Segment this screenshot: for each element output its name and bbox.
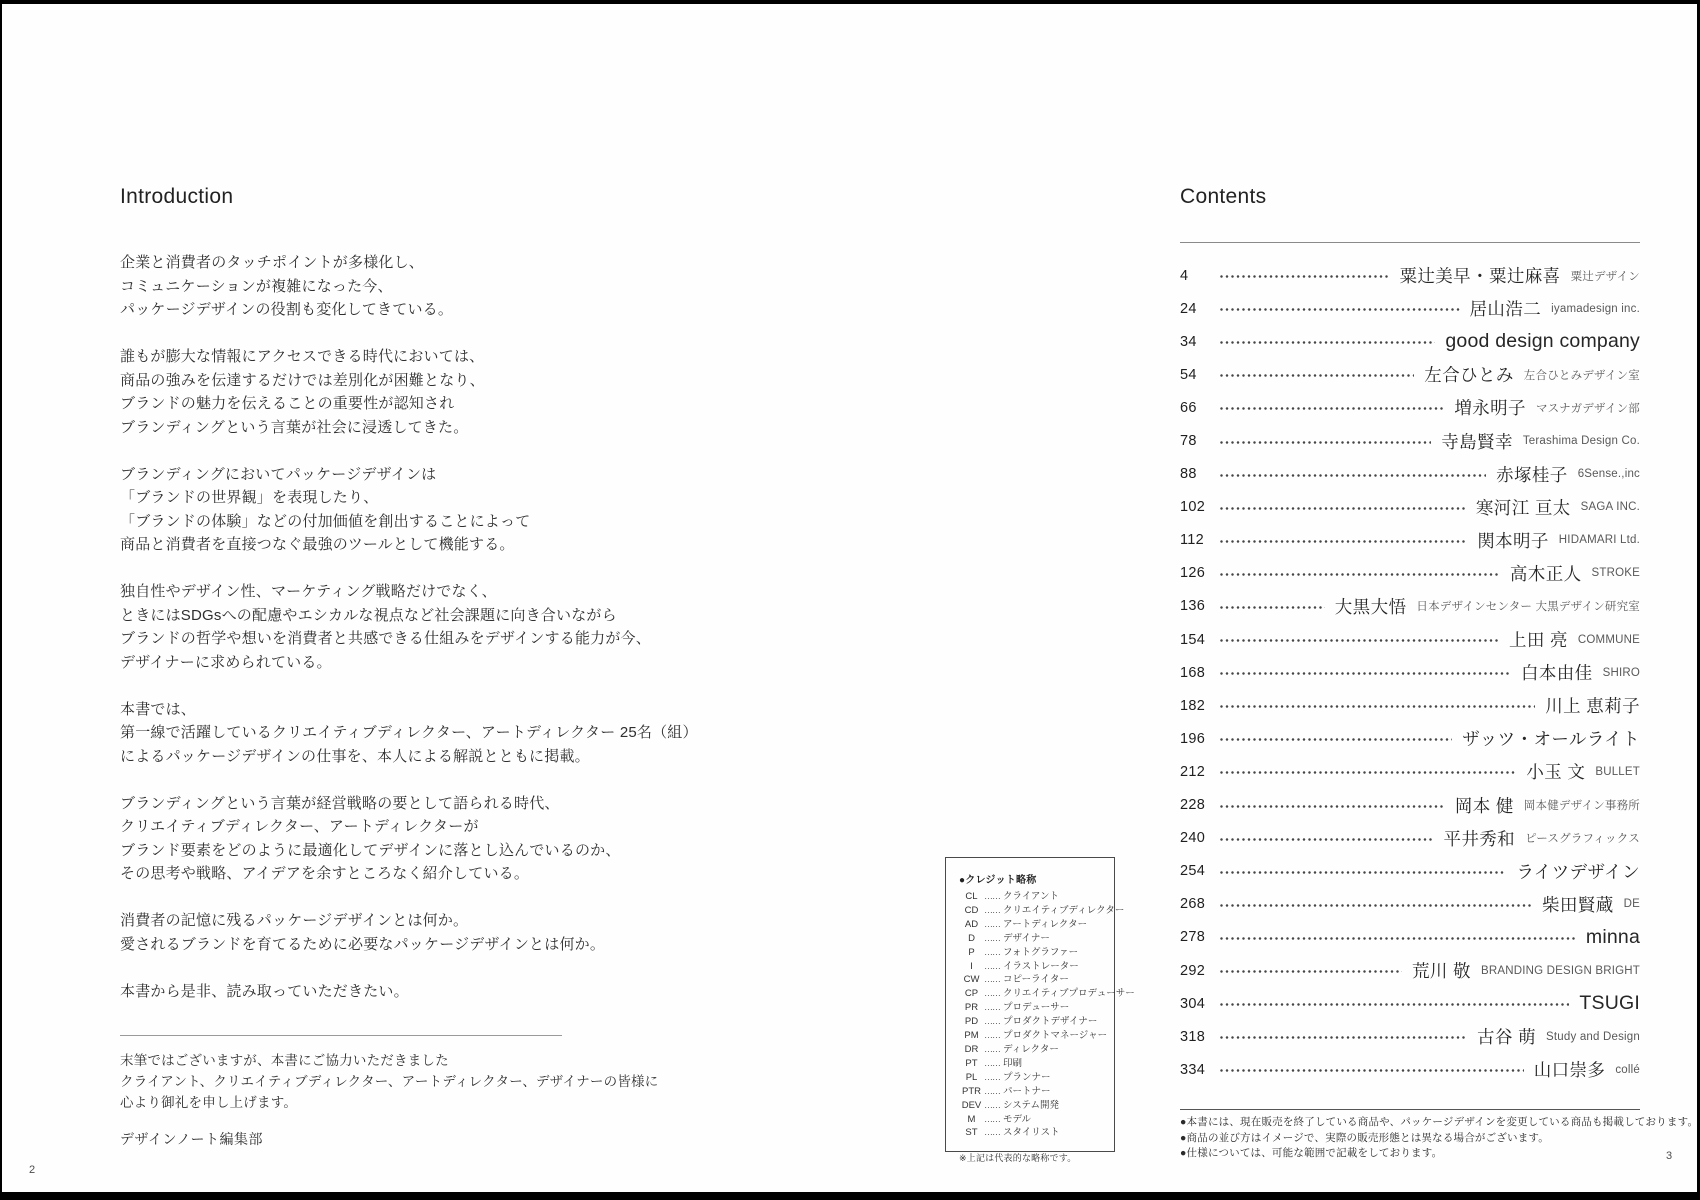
intro-line: コミュニケーションが複雑になった今、 [120, 275, 760, 299]
toc-designer-name: 粟辻美早・粟辻麻喜 [1399, 263, 1560, 288]
toc-entry: 228岡本 健岡本健デザイン事務所 [1180, 789, 1640, 822]
toc-page-number: 154 [1180, 632, 1212, 648]
contents-note-line: ●商品の並び方はイメージで、実際の販売形態とは異なる場合がございます。 [1180, 1131, 1650, 1147]
toc-leader-dots [1220, 1036, 1467, 1039]
toc-page-number: 292 [1180, 963, 1212, 979]
intro-paragraph: 誰もが膨大な情報にアクセスできる時代においては、商品の強みを伝達するだけでは差別… [120, 345, 760, 439]
toc-designer-name: 寒河江 亘太 [1476, 495, 1571, 520]
credit-code: ST [959, 1127, 984, 1140]
intro-line: 誰もが膨大な情報にアクセスできる時代においては、 [120, 345, 760, 369]
credit-term: イラストレーター [1003, 961, 1079, 974]
toc-leader-dots [1220, 805, 1445, 808]
credit-entry: CW……コピーライター [959, 973, 1106, 987]
toc-designer-name: good design company [1445, 330, 1640, 353]
contents-divider-top [1180, 242, 1640, 243]
toc-page-number: 240 [1180, 830, 1212, 846]
toc-affiliation: iyamadesign inc. [1551, 303, 1640, 315]
intro-line: 企業と消費者のタッチポイントが多様化し、 [120, 251, 760, 275]
credit-entry: PM……プロダクトマネージャー [959, 1029, 1106, 1043]
credit-entry: DR……ディレクター [959, 1043, 1106, 1057]
toc-entry: 168白本由佳SHIRO [1180, 656, 1640, 689]
credit-term: フォトグラファー [1003, 947, 1078, 960]
credit-code: CP [959, 988, 984, 1001]
toc-affiliation: STROKE [1592, 567, 1641, 579]
toc-entry: 304TSUGI [1180, 987, 1640, 1020]
credit-abbreviation-box: ●クレジット略称 CL……クライアントCD……クリエイティブディレクターAD……… [945, 857, 1115, 1152]
toc-page-number: 182 [1180, 698, 1212, 714]
toc-entry: 54左合ひとみ左合ひとみデザイン室 [1180, 358, 1640, 391]
toc-designer-name: 上田 亮 [1509, 627, 1568, 652]
toc-designer-name: 柴田賢蔵 [1542, 892, 1614, 917]
intro-line: 本書では、 [120, 698, 760, 722]
intro-body: 企業と消費者のタッチポイントが多様化し、コミュニケーションが複雑になった今、パッ… [120, 251, 760, 1003]
toc-page-number: 112 [1180, 532, 1212, 548]
intro-paragraph: ブランディングにおいてパッケージデザインは「ブランドの世界観」を表現したり、「ブ… [120, 463, 760, 557]
book-spread-frame: Introduction 企業と消費者のタッチポイントが多様化し、コミュニケーシ… [0, 0, 1700, 1200]
credit-term: クリエイティブプロデューサー [1003, 988, 1135, 1001]
intro-line: 商品と消費者を直接つなぐ最強のツールとして機能する。 [120, 533, 760, 557]
toc-page-number: 212 [1180, 764, 1212, 780]
credit-leader-dots: …… [984, 1015, 1000, 1028]
toc-leader-dots [1220, 1069, 1524, 1072]
toc-page-number: 318 [1180, 1029, 1212, 1045]
toc-designer-name: TSUGI [1579, 992, 1640, 1015]
toc-entry: 278minna [1180, 921, 1640, 954]
toc-entry: 268柴田賢蔵DE [1180, 888, 1640, 921]
credit-entry: PD……プロダクトデザイナー [959, 1015, 1106, 1029]
toc-page-number: 334 [1180, 1062, 1212, 1078]
closing-line: 心より御礼を申し上げます。 [120, 1092, 720, 1113]
intro-line: ブランドの哲学や想いを消費者と共感できる仕組みをデザインする能力が今、 [120, 627, 760, 651]
toc-affiliation: collé [1615, 1064, 1640, 1076]
toc-entry: 182川上 恵莉子 [1180, 689, 1640, 722]
credit-entry: CL……クライアント [959, 890, 1106, 904]
credit-term: コピーライター [1003, 974, 1069, 987]
intro-line: 第一線で活躍しているクリエイティブディレクター、アートディレクター 25名（組） [120, 721, 760, 745]
toc-designer-name: 赤塚桂子 [1496, 462, 1568, 487]
intro-line: ブランド要素をどのように最適化してデザインに落とし込んでいるのか、 [120, 839, 760, 863]
credit-term: ディレクター [1003, 1044, 1059, 1057]
credit-entry: P……フォトグラファー [959, 946, 1106, 960]
toc-entry: 66増永明子マスナガデザイン部 [1180, 391, 1640, 424]
intro-line: デザイナーに求められている。 [120, 651, 760, 675]
credit-leader-dots: …… [984, 904, 1000, 917]
credit-entry: M……モデル [959, 1113, 1106, 1127]
credit-code: CW [959, 974, 984, 987]
credit-term: プロダクトデザイナー [1003, 1016, 1097, 1029]
intro-line: ブランディングという言葉が社会に浸透してきた。 [120, 416, 760, 440]
intro-paragraph: 本書から是非、読み取っていただきたい。 [120, 980, 760, 1004]
toc-leader-dots [1220, 407, 1444, 410]
toc-leader-dots [1220, 904, 1532, 907]
toc-leader-dots [1220, 540, 1467, 543]
toc-entry: 102寒河江 亘太SAGA INC. [1180, 491, 1640, 524]
credit-code: AD [959, 919, 984, 932]
credit-entry: ST……スタイリスト [959, 1126, 1106, 1140]
credit-code: PM [959, 1030, 984, 1043]
toc-designer-name: 平井秀和 [1443, 826, 1515, 851]
toc-page-number: 254 [1180, 863, 1212, 879]
credit-code: DEV [959, 1100, 984, 1113]
intro-line: ブランディングという言葉が経営戦略の要として語られる時代、 [120, 792, 760, 816]
toc-entry: 334山口崇多collé [1180, 1053, 1640, 1086]
credit-code: M [959, 1114, 984, 1127]
credit-leader-dots: …… [984, 890, 1000, 903]
contents-note-line: ●仕様については、可能な範囲で記載をしております。 [1180, 1146, 1650, 1162]
contents-title: Contents [1180, 185, 1266, 209]
credit-entry: DEV……システム開発 [959, 1099, 1106, 1113]
toc-designer-name: 左合ひとみ [1424, 362, 1514, 387]
toc-entry: 240平井秀和ピースグラフィックス [1180, 822, 1640, 855]
intro-line: パッケージデザインの役割も変化してきている。 [120, 298, 760, 322]
credit-leader-dots: …… [984, 1099, 1000, 1112]
toc-leader-dots [1220, 474, 1486, 477]
credit-leader-dots: …… [984, 973, 1000, 986]
credit-term: スタイリスト [1003, 1127, 1060, 1140]
credit-leader-dots: …… [984, 960, 1000, 973]
credit-leader-dots: …… [984, 946, 1000, 959]
toc-designer-name: minna [1586, 926, 1640, 949]
credit-entry: PTR……パートナー [959, 1085, 1106, 1099]
credit-code: CL [959, 891, 984, 904]
intro-paragraph: ブランディングという言葉が経営戦略の要として語られる時代、クリエイティブディレク… [120, 792, 760, 886]
credit-entry: PR……プロデューサー [959, 1001, 1106, 1015]
toc-page-number: 88 [1180, 466, 1212, 482]
credit-leader-dots: …… [984, 1085, 1000, 1098]
toc-affiliation: BRANDING DESIGN BRIGHT [1481, 965, 1640, 977]
toc-affiliation: 粟辻デザイン [1571, 268, 1640, 284]
toc-entry: 88赤塚桂子6Sense.,inc [1180, 458, 1640, 491]
toc-page-number: 66 [1180, 400, 1212, 416]
toc-page-number: 304 [1180, 996, 1212, 1012]
credit-code: I [959, 961, 984, 974]
credit-leader-dots: …… [984, 1001, 1000, 1014]
contents-divider-bottom [1180, 1109, 1640, 1110]
closing-line: クライアント、クリエイティブディレクター、アートディレクター、デザイナーの皆様に [120, 1071, 720, 1092]
toc-leader-dots [1220, 573, 1500, 576]
credit-leader-dots: …… [984, 1126, 1000, 1139]
toc-affiliation: Study and Design [1546, 1031, 1640, 1043]
toc-entry: 254ライツデザイン [1180, 855, 1640, 888]
credit-code: PL [959, 1072, 984, 1085]
toc-page-number: 34 [1180, 334, 1212, 350]
toc-leader-dots [1220, 341, 1435, 344]
toc-leader-dots [1220, 738, 1452, 741]
intro-line: 「ブランドの体験」などの付加価値を創出することによって [120, 510, 760, 534]
page-number-right: 3 [1666, 1150, 1672, 1162]
credit-term: クリエイティブディレクター [1003, 905, 1124, 918]
toc-entry: 78寺島賢幸Terashima Design Co. [1180, 424, 1640, 457]
toc-designer-name: 川上 恵莉子 [1545, 693, 1640, 718]
toc-affiliation: 左合ひとみデザイン室 [1524, 367, 1640, 383]
credit-term: システム開発 [1003, 1100, 1059, 1113]
credit-box-note: ※上記は代表的な略称です。 [959, 1151, 1106, 1164]
toc-designer-name: 小玉 文 [1526, 759, 1585, 784]
toc-page-number: 168 [1180, 665, 1212, 681]
credit-code: CD [959, 905, 984, 918]
credit-code: PR [959, 1002, 984, 1015]
toc-leader-dots [1220, 507, 1466, 510]
intro-line: 消費者の記憶に残るパッケージデザインとは何か。 [120, 909, 760, 933]
credit-term: アートディレクター [1003, 919, 1087, 932]
toc-designer-name: 荒川 敬 [1412, 958, 1471, 983]
toc-entry: 4粟辻美早・粟辻麻喜粟辻デザイン [1180, 259, 1640, 292]
credit-leader-dots: …… [984, 918, 1000, 931]
credit-code: PTR [959, 1086, 984, 1099]
toc-entry: 212小玉 文BULLET [1180, 755, 1640, 788]
credit-leader-dots: …… [984, 1043, 1000, 1056]
toc-leader-dots [1220, 275, 1389, 278]
credit-code: DR [959, 1044, 984, 1057]
toc-designer-name: 寺島賢幸 [1441, 429, 1513, 454]
credit-list: CL……クライアントCD……クリエイティブディレクターAD……アートディレクター… [959, 890, 1106, 1140]
toc-page-number: 136 [1180, 598, 1212, 614]
intro-closing: 末筆ではございますが、本書にご協力いただきましたクライアント、クリエイティブディ… [120, 1050, 720, 1113]
toc-affiliation: SAGA INC. [1581, 501, 1640, 513]
toc-leader-dots [1220, 970, 1402, 973]
credit-code: PD [959, 1016, 984, 1029]
credit-term: モデル [1003, 1114, 1031, 1127]
intro-title: Introduction [120, 185, 233, 209]
contents-note-line: ●本書には、現在販売を終了している商品や、パッケージデザインを変更している商品も… [1180, 1115, 1650, 1131]
credit-code: PT [959, 1058, 984, 1071]
credit-entry: PL……プランナー [959, 1071, 1106, 1085]
editorial-signature: デザインノート編集部 [120, 1129, 263, 1149]
credit-term: デザイナー [1003, 933, 1050, 946]
toc-designer-name: 増永明子 [1454, 395, 1526, 420]
toc-affiliation: 日本デザインセンター 大黒デザイン研究室 [1416, 598, 1640, 614]
toc-leader-dots [1220, 639, 1499, 642]
toc-designer-name: 高木正人 [1510, 561, 1582, 586]
intro-paragraph: 企業と消費者のタッチポイントが多様化し、コミュニケーションが複雑になった今、パッ… [120, 251, 760, 322]
toc-designer-name: 大黒大悟 [1335, 594, 1407, 619]
toc-page-number: 268 [1180, 896, 1212, 912]
intro-paragraph: 独自性やデザイン性、マーケティング戦略だけでなく、ときにはSDGsへの配慮やエシ… [120, 580, 760, 674]
intro-divider [120, 1035, 562, 1036]
toc-affiliation: HIDAMARI Ltd. [1559, 534, 1640, 546]
toc-designer-name: 居山浩二 [1470, 296, 1542, 321]
toc-leader-dots [1220, 308, 1460, 311]
intro-paragraph: 本書では、第一線で活躍しているクリエイティブディレクター、アートディレクター 2… [120, 698, 760, 769]
credit-term: プランナー [1003, 1072, 1051, 1085]
credit-entry: CP……クリエイティブプロデューサー [959, 987, 1106, 1001]
toc-affiliation: 岡本健デザイン事務所 [1524, 797, 1640, 813]
toc-page-number: 126 [1180, 565, 1212, 581]
intro-line: ときにはSDGsへの配慮やエシカルな視点など社会課題に向き合いながら [120, 604, 760, 628]
toc-entry: 292荒川 敬BRANDING DESIGN BRIGHT [1180, 954, 1640, 987]
credit-entry: D……デザイナー [959, 932, 1106, 946]
credit-term: プロダクトマネージャー [1003, 1030, 1107, 1043]
toc-designer-name: ザッツ・オールライト [1462, 726, 1640, 751]
toc-designer-name: 岡本 健 [1455, 793, 1514, 818]
credit-leader-dots: …… [984, 1113, 1000, 1126]
credit-term: パートナー [1003, 1086, 1051, 1099]
toc-entry: 24居山浩二iyamadesign inc. [1180, 292, 1640, 325]
toc-designer-name: ライツデザイン [1516, 859, 1640, 884]
toc-page-number: 54 [1180, 367, 1212, 383]
intro-line: ブランディングにおいてパッケージデザインは [120, 463, 760, 487]
toc-affiliation: DE [1624, 898, 1640, 910]
credit-leader-dots: …… [984, 1071, 1000, 1084]
intro-line: クリエイティブディレクター、アートディレクターが [120, 815, 760, 839]
toc-entry: 136大黒大悟日本デザインセンター 大黒デザイン研究室 [1180, 590, 1640, 623]
toc-page-number: 78 [1180, 433, 1212, 449]
credit-entry: AD……アートディレクター [959, 918, 1106, 932]
toc-leader-dots [1220, 771, 1516, 774]
intro-paragraph: 消費者の記憶に残るパッケージデザインとは何か。愛されるブランドを育てるために必要… [120, 909, 760, 956]
toc-leader-dots [1220, 606, 1325, 609]
credit-entry: I……イラストレーター [959, 960, 1106, 974]
toc-leader-dots [1220, 838, 1433, 841]
intro-line: 本書から是非、読み取っていただきたい。 [120, 980, 760, 1004]
toc-leader-dots [1220, 1003, 1569, 1006]
toc-page-number: 102 [1180, 499, 1212, 515]
toc-leader-dots [1220, 374, 1414, 377]
toc-designer-name: 白本由佳 [1521, 660, 1593, 685]
credit-leader-dots: …… [984, 932, 1000, 945]
toc-affiliation: Terashima Design Co. [1523, 435, 1640, 447]
contents-list: 4粟辻美早・粟辻麻喜粟辻デザイン24居山浩二iyamadesign inc.34… [1180, 259, 1640, 1086]
toc-leader-dots [1220, 705, 1535, 708]
intro-line: 愛されるブランドを育てるために必要なパッケージデザインとは何か。 [120, 933, 760, 957]
intro-line: 独自性やデザイン性、マーケティング戦略だけでなく、 [120, 580, 760, 604]
toc-page-number: 24 [1180, 301, 1212, 317]
toc-leader-dots [1220, 937, 1576, 940]
toc-entry: 318古谷 萌Study and Design [1180, 1020, 1640, 1053]
toc-entry: 154上田 亮COMMUNE [1180, 623, 1640, 656]
credit-term: 印刷 [1003, 1058, 1022, 1071]
credit-entry: CD……クリエイティブディレクター [959, 904, 1106, 918]
toc-designer-name: 関本明子 [1477, 528, 1549, 553]
toc-page-number: 4 [1180, 268, 1212, 284]
intro-line: 商品の強みを伝達するだけでは差別化が困難となり、 [120, 369, 760, 393]
toc-leader-dots [1220, 672, 1511, 675]
toc-affiliation: COMMUNE [1578, 634, 1640, 646]
toc-affiliation: SHIRO [1603, 667, 1640, 679]
toc-page-number: 196 [1180, 731, 1212, 747]
closing-line: 末筆ではございますが、本書にご協力いただきました [120, 1050, 720, 1071]
toc-entry: 196ザッツ・オールライト [1180, 722, 1640, 755]
intro-line: によるパッケージデザインの仕事を、本人による解説とともに掲載。 [120, 745, 760, 769]
toc-affiliation: BULLET [1595, 766, 1640, 778]
page-number-left: 2 [29, 1164, 35, 1176]
contents-notes: ●本書には、現在販売を終了している商品や、パッケージデザインを変更している商品も… [1180, 1115, 1650, 1162]
credit-leader-dots: …… [984, 987, 1000, 1000]
toc-entry: 112関本明子HIDAMARI Ltd. [1180, 524, 1640, 557]
toc-affiliation: ピースグラフィックス [1525, 830, 1640, 846]
credit-entry: PT……印刷 [959, 1057, 1106, 1071]
toc-entry: 34good design company [1180, 325, 1640, 358]
toc-entry: 126高木正人STROKE [1180, 557, 1640, 590]
book-spread: Introduction 企業と消費者のタッチポイントが多様化し、コミュニケーシ… [2, 4, 1697, 1192]
credit-box-header: ●クレジット略称 [959, 871, 1106, 886]
toc-page-number: 278 [1180, 929, 1212, 945]
toc-affiliation: 6Sense.,inc [1578, 468, 1640, 480]
intro-line: ブランドの魅力を伝えることの重要性が認知され [120, 392, 760, 416]
toc-designer-name: 山口崇多 [1534, 1057, 1606, 1082]
credit-code: P [959, 947, 984, 960]
credit-term: クライアント [1003, 891, 1059, 904]
toc-leader-dots [1220, 441, 1431, 444]
credit-term: プロデューサー [1003, 1002, 1069, 1015]
toc-designer-name: 古谷 萌 [1477, 1024, 1536, 1049]
credit-leader-dots: …… [984, 1029, 1000, 1042]
toc-affiliation: マスナガデザイン部 [1536, 400, 1640, 416]
credit-leader-dots: …… [984, 1057, 1000, 1070]
intro-line: その思考や戦略、アイデアを余すところなく紹介している。 [120, 862, 760, 886]
toc-leader-dots [1220, 871, 1506, 874]
intro-line: 「ブランドの世界観」を表現したり、 [120, 486, 760, 510]
credit-code: D [959, 933, 984, 946]
toc-page-number: 228 [1180, 797, 1212, 813]
